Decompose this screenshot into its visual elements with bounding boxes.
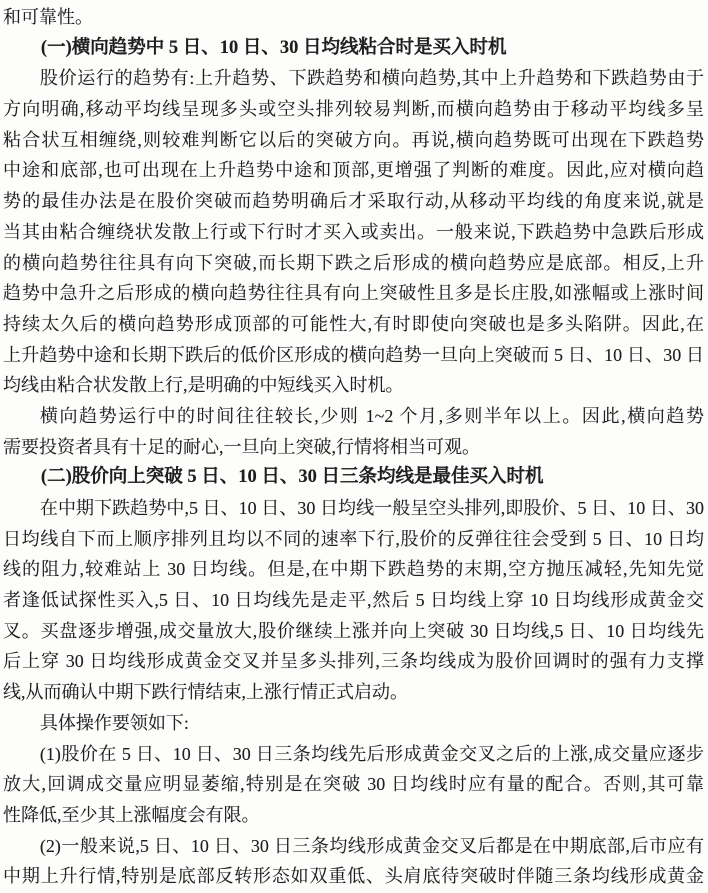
text-line: 均线由粘合状发散上行,是明确的中短线买入时机。 — [3, 370, 704, 401]
text-line: 持续太久后的横向趋势形成顶部的可能性大,有时即使向突破也是多头陷阱。因此,在 — [3, 309, 704, 340]
text-line: 放大,回调成交量应明显萎缩,特别是在突破 30 日均线时应有量的配合。否则,其可… — [3, 769, 704, 800]
scanned-book-page: 和可靠性。(一)横向趋势中 5 日、10 日、30 日均线粘合时是买入时机股价运… — [0, 0, 708, 893]
section-heading-line: (二)股价向上突破 5 日、10 日、30 日三条均线是最佳买入时机 — [3, 462, 704, 493]
section-heading-line: (一)横向趋势中 5 日、10 日、30 日均线粘合时是买入时机 — [3, 33, 704, 64]
text-line: 需要投资者具有十足的耐心,一旦向上突破,行情将相当可观。 — [3, 432, 704, 463]
text-line: 和可靠性。 — [3, 2, 704, 33]
text-line: 中途和底部,也可出现在上升趋势中途和顶部,更增强了判断的难度。因此,应对横向趋 — [3, 155, 704, 186]
text-line: 横向趋势运行中的时间往往较长,少则 1~2 个月,多则半年以上。因此,横向趋势 — [3, 401, 704, 432]
text-line: (1)股价在 5 日、10 日、30 日三条均线先后形成黄金交叉之后的上涨,成交… — [3, 739, 704, 770]
text-line: 上升趋势中途和长期下跌后的低价区形成的横向趋势一旦向上突破而 5 日、10 日、… — [3, 340, 704, 371]
document-body: 和可靠性。(一)横向趋势中 5 日、10 日、30 日均线粘合时是买入时机股价运… — [3, 2, 704, 892]
text-line: 性降低,至少其上涨幅度会有限。 — [3, 800, 704, 831]
text-line: 线,从而确认中期下跌行情结束,上涨行情正式启动。 — [3, 677, 704, 708]
text-line: 具体操作要领如下: — [3, 708, 704, 739]
text-line: 当其由粘合缠绕状发散上行或下行时才买入或卖出。一般来说,下跌趋势中急跌后形成 — [3, 217, 704, 248]
text-line: 者逢低试探性买入,5 日、10 日均线先是走平,然后 5 日均线上穿 10 日均… — [3, 585, 704, 616]
text-line: 趋势中急升之后形成的横向趋势往往具有向上突破性且多是长庄股,如涨幅或上涨时间 — [3, 278, 704, 309]
text-line: 叉。买盘逐步增强,成交量放大,股价继续上涨并向上突破 30 日均线,5 日、10… — [3, 616, 704, 647]
text-line: 后上穿 30 日均线形成黄金交叉并呈多头排列,三条均线成为股价回调时的强有力支撑 — [3, 646, 704, 677]
text-line: 粘合状互相缠绕,则较难判断它以后的突破方向。再说,横向趋势既可出现在下跌趋势 — [3, 125, 704, 156]
text-line: 日均线自下而上顺序排列且均以不同的速率下行,股价的反弹往往会受到 5 日、10 … — [3, 524, 704, 555]
text-line: (2)一般来说,5 日、10 日、30 日三条均线形成黄金交叉后都是在中期底部,… — [3, 831, 704, 862]
text-line: 股价运行的趋势有:上升趋势、下跌趋势和横向趋势,其中上升趋势和下跌趋势由于 — [3, 63, 704, 94]
text-line: 方向明确,移动平均线呈现多头或空头排列较易判断,而横向趋势由于移动平均线多呈 — [3, 94, 704, 125]
text-line: 中期上升行情,特别是底部反转形态如双重低、头肩底待突破时伴随三条均线形成黄金 — [3, 861, 704, 892]
text-line: 线的阻力,较难站上 30 日均线。但是,在中期下跌趋势的末期,空方抛压减轻,先知… — [3, 554, 704, 585]
text-line: 势的最佳办法是在股价突破而趋势明确后才采取行动,从移动平均线的角度来说,就是 — [3, 186, 704, 217]
text-line: 在中期下跌趋势中,5 日、10 日、30 日均线一般呈空头排列,即股价、5 日、… — [3, 493, 704, 524]
text-line: 的横向趋势往往具有向下突破,而长期下跌之后形成的横向趋势应是底部。相反,上升 — [3, 248, 704, 279]
